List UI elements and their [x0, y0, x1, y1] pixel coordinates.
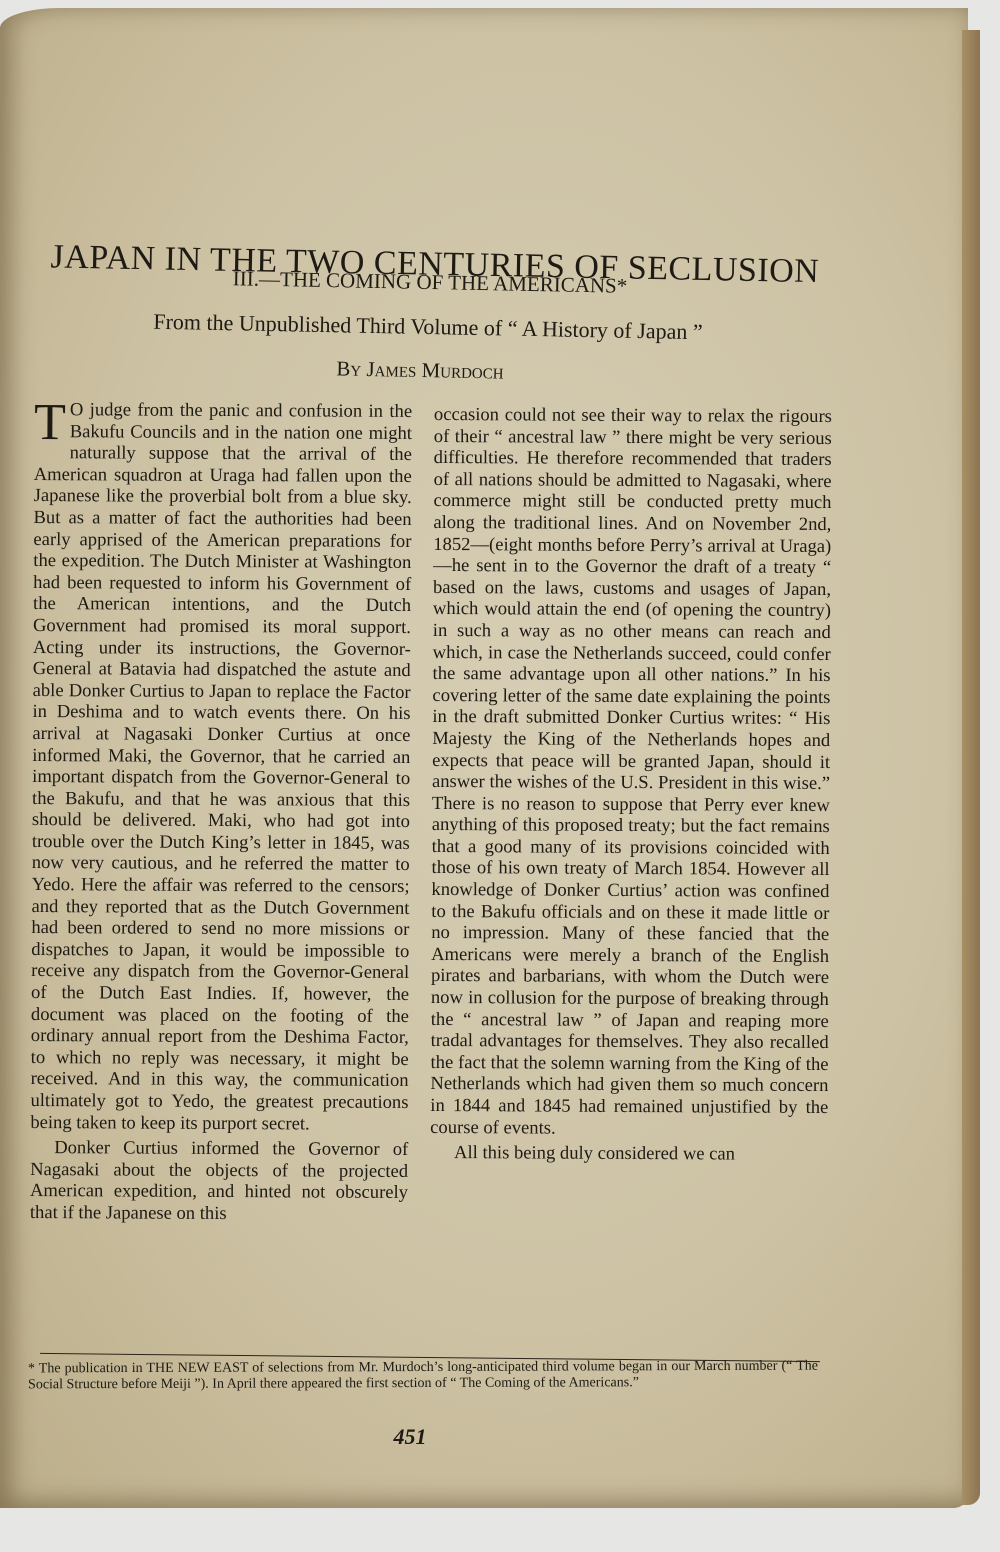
- author-byline: By James Murdoch: [250, 355, 590, 387]
- right-column: occasion could not see their way to rela…: [430, 404, 832, 1166]
- source-line: From the Unpublished Third Volume of “ A…: [58, 307, 798, 347]
- right-paragraph-2: All this being duly considered we can: [430, 1142, 828, 1166]
- left-column: TO judge from the panic and confusion in…: [30, 399, 412, 1226]
- left-paragraph-1: TO judge from the panic and confusion in…: [30, 399, 412, 1135]
- left-paragraph-2: Donker Curtius informed the Governor of …: [30, 1137, 408, 1225]
- page-content: JAPAN IN THE TWO CENTURIES OF SECLUSION …: [0, 0, 1000, 1552]
- right-paragraph-1: occasion could not see their way to rela…: [430, 404, 832, 1140]
- drop-cap: T: [34, 402, 66, 444]
- left-paragraph-1-text: O judge from the panic and confusion in …: [30, 399, 412, 1134]
- page-number: 451: [390, 1424, 430, 1450]
- footnote: * The publication in THE NEW EAST of sel…: [28, 1359, 818, 1394]
